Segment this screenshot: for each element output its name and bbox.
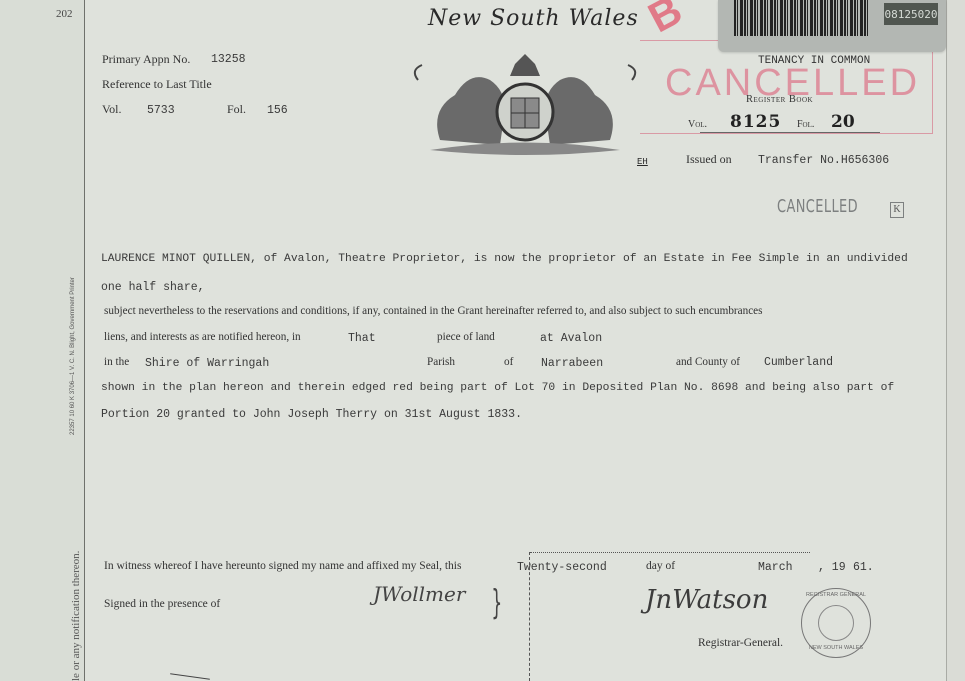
registrar-label: Registrar-General. [698,637,783,649]
barcode-number: 08125020 [884,3,938,25]
subject-line: subject nevertheless to the reservations… [104,305,762,317]
shire-value: Shire of Warringah [145,357,269,370]
witness-text: In witness whereof I have hereunto signe… [104,560,461,572]
portion-line: Portion 20 granted to John Joseph Therry… [101,408,522,421]
signature-area-border [529,552,530,681]
witness-signature: JWollmer [373,582,465,606]
year-suffix: 61. [853,561,874,574]
in-the-label: in the [104,356,129,368]
registrar-signature: JnWatson [645,585,768,615]
proprietor-line: LAURENCE MINOT QUILLEN, of Avalon, Theat… [101,253,908,265]
barcode-icon [734,0,870,36]
location-value: at Avalon [540,332,602,345]
register-fol-label: Fol. [797,119,814,130]
primary-appn-label: Primary Appn No. [102,52,190,67]
signature-area-top-border [530,552,810,553]
register-fol-value: 20 [831,112,855,132]
issued-on-label: Issued on [686,152,732,167]
primary-appn-value: 13258 [211,53,246,66]
liens-line: liens, and interests as are notified her… [104,331,301,343]
last-title-vol-label: Vol. [102,102,121,117]
transfer-number: Transfer No.H656306 [758,154,889,167]
seal-crest-icon [818,605,854,641]
red-stamp-letter: B [641,0,690,42]
document-title: New South Wales [428,6,639,31]
piece-of-land-label: piece of land [437,331,495,343]
printer-imprint: 22357 10 60 K 3706—1 V. C. N. Blight, Go… [70,277,76,435]
coat-of-arms-icon [410,50,640,160]
month-value: March [758,561,793,574]
parish-label: Parish [427,356,455,368]
signed-presence-label: Signed in the presence of [104,598,220,610]
county-value: Cumberland [764,356,833,369]
parish-value: Narrabeen [541,357,603,370]
last-title-label: Reference to Last Title [102,77,212,92]
right-edge [946,0,965,681]
registrar-seal-icon: REGISTRAR GENERAL NEW SOUTH WALES [801,588,871,658]
share-line: one half share, [101,281,205,294]
register-vol-value: 8125 [730,112,781,132]
that-value: That [348,332,376,345]
seal-top-text: REGISTRAR GENERAL [802,592,870,598]
register-underline [700,132,880,133]
year-prefix: , 19 [818,561,846,574]
brace-icon: } [491,583,502,623]
clerk-initials: EH [637,157,648,167]
stray-mark [170,673,210,680]
register-vol-label: Vol. [688,119,707,130]
page-number: 202 [56,8,73,20]
day-of-label: day of [646,560,675,572]
cancel-initial-box: K [890,202,904,218]
margin-side-note: le or any notification thereon. [70,551,82,681]
last-title-fol-label: Fol. [227,102,246,117]
last-title-vol-value: 5733 [147,104,175,117]
county-label: and County of [676,356,740,368]
register-book-label: Register Book [746,94,813,105]
plan-line: shown in the plan hereon and therein edg… [101,382,894,394]
last-title-fol-value: 156 [267,104,288,117]
parish-of-label: of [504,356,513,368]
day-value: Twenty-second [517,561,607,574]
seal-bottom-text: NEW SOUTH WALES [802,645,870,651]
grey-cancelled-stamp: CANCELLED [777,196,858,217]
tenancy-type: TENANCY IN COMMON [758,55,870,67]
barcode-label: 08125020 [718,0,946,52]
